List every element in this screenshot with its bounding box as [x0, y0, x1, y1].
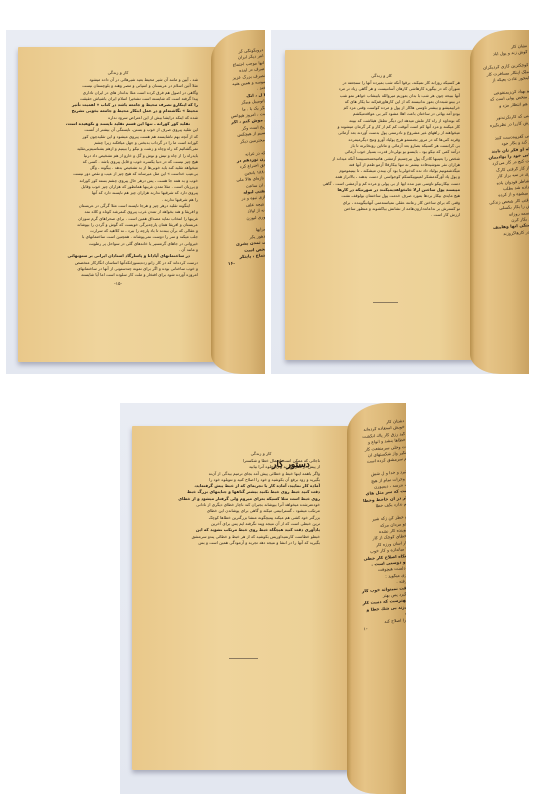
curled-page-text: نشان کارگوش زند و پول آباد کوچکترین کاری… [472, 44, 529, 240]
photo-top-right: کار و زندگی هر کسیکه روزانه کار نمیکند، … [271, 30, 529, 374]
curled-page: دروبگونگی کرآنتر دیگر ایرانآنها موجب اجت… [211, 30, 265, 374]
running-head: کار و زندگی [162, 451, 320, 457]
text-line: بگیرید که آنها را در انشا و نتیجه دهد تج… [162, 540, 320, 546]
curled-page-text: دروبگونگی کرآنتر دیگر ایرانآنها موجب اجت… [213, 48, 265, 269]
running-head: کار و زندگی [38, 70, 198, 76]
text-lines: ناجائی که ممکن است احتمال خطا و شکسترااز… [162, 458, 320, 546]
section-rule [229, 658, 258, 659]
left-page-text: کار و زندگی هر کسیکه روزانه کار نمیکند، … [303, 73, 460, 219]
section-heading: دستور کار [272, 460, 310, 470]
curled-page-text: دشتان کارخویش استفاده کرده‌اندگید رزق کا… [349, 419, 406, 634]
curled-page: دشتان کارخویش استفاده کرده‌اندگید رزق کا… [347, 403, 406, 794]
text-lines: شد ، آیین و مانند آن شیر محیط بعید شیرها… [38, 77, 198, 279]
text-lines: هر کسیکه روزانه کار نمیکند، برقوا آنکه ش… [303, 80, 460, 219]
text-line: ارزش کار است . [303, 212, 460, 218]
photo-top-left: کار و زندگی شد ، آیین و مانند آن شیر محی… [6, 30, 265, 374]
curled-page: نشان کارگوش زند و پول آباد کوچکترین کاری… [470, 30, 529, 374]
text-line: امروزه آورده شود برای افتخار و ملت کار س… [38, 272, 198, 278]
section-rule [373, 302, 398, 303]
page-number: -۱۵- [38, 282, 198, 287]
photo-bottom: کار و زندگی ناجائی که ممکن است احتمال خط… [120, 403, 406, 794]
left-page-text: کار و زندگی شد ، آیین و مانند آن شیر محی… [38, 70, 198, 287]
running-head: کار و زندگی [303, 73, 460, 79]
